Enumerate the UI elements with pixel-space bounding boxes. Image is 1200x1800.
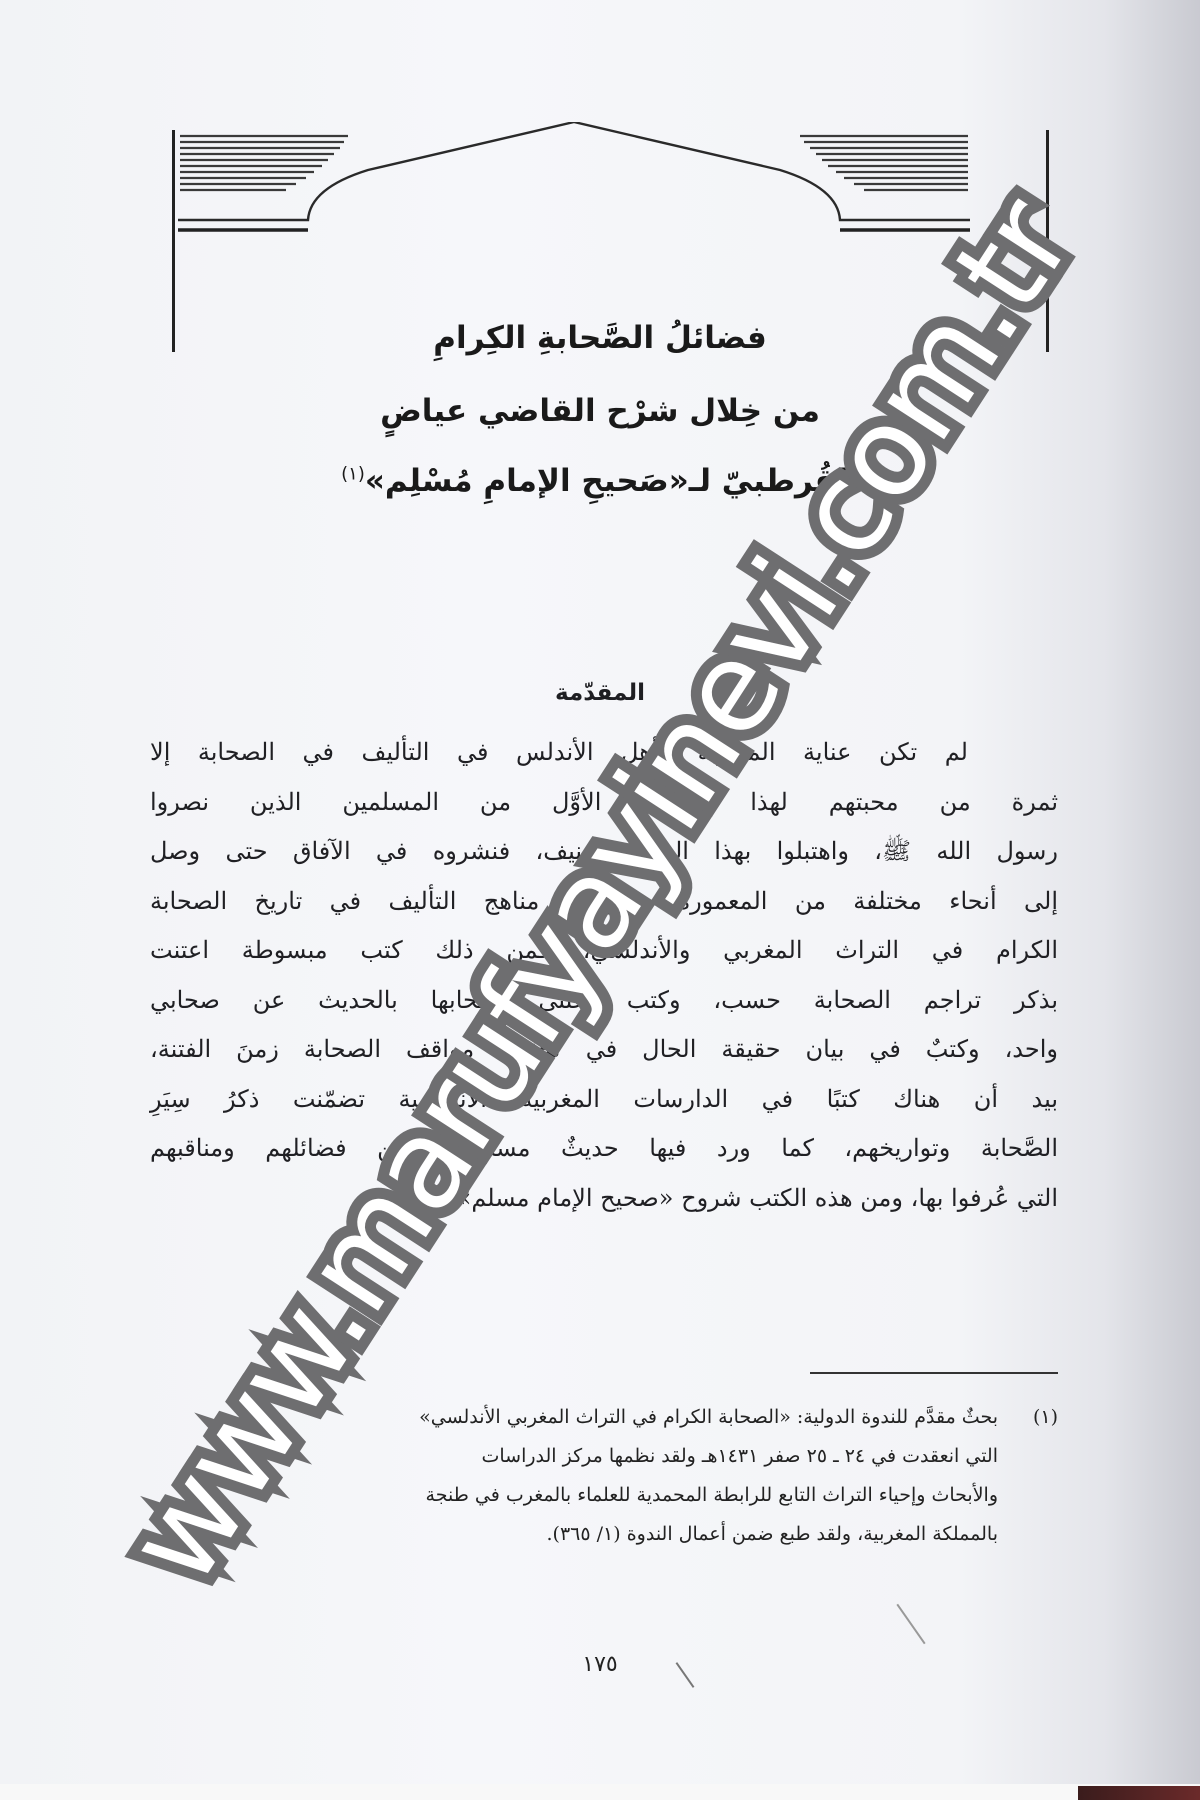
footnote-marker: (١) <box>998 1398 1058 1554</box>
body-line: التي عُرفوا بها، ومن هذه الكتب شروح «صحي… <box>150 1174 1058 1224</box>
scan-bottom-margin <box>0 1784 1200 1800</box>
body-line: واحد، وكتبٌ في بيان حقيقة الحال في تحقيق… <box>150 1025 1058 1075</box>
body-line: بيد أن هناك كتبًا في الدارسات المغربية ا… <box>150 1075 1058 1125</box>
scan-scratch-mark <box>896 1604 925 1644</box>
footnote-divider <box>810 1372 1058 1374</box>
scan-scratch-mark <box>676 1662 695 1688</box>
section-heading: المقدّمة <box>150 680 1050 706</box>
page-number: ١٧٥ <box>560 1652 640 1677</box>
book-cover-edge <box>1078 1786 1200 1800</box>
body-line: الصَّحابة وتواريخهم، كما ورد فيها حديثٌ … <box>150 1124 1058 1174</box>
title-footnote-marker: (١) <box>341 464 365 485</box>
